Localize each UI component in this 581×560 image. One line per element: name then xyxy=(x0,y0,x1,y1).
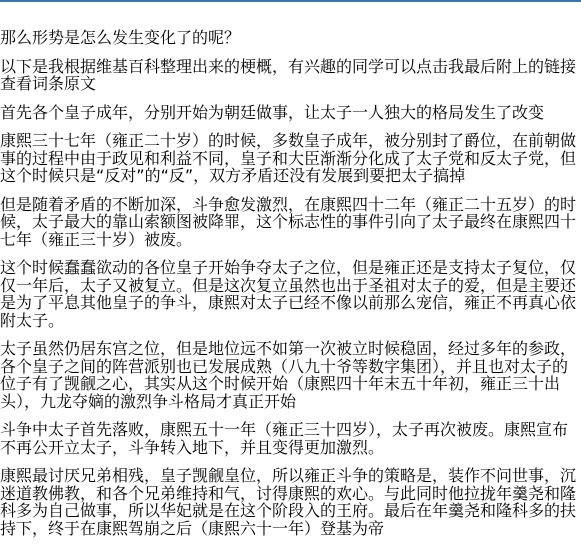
article-text-body: 那么形势是怎么发生变化了的呢？ 以下是我根据维基百科整理出来的梗概，有兴趣的同学… xyxy=(0,2,581,537)
paragraph-nine-princes-struggle-begins: 太子虽然仍居东宫之位，但是地位远不如第一次被立时候稳固，经过多年的参政，各个皇子… xyxy=(0,340,581,410)
paragraph-kangxi-42-crown-prince-deposed: 但是随着矛盾的不断加深，斗争愈发激烈，在康熙四十二年（雍正二十五岁）的时候，太子… xyxy=(0,196,581,249)
paragraph-wiki-summary-intro: 以下是我根据维基百科整理出来的梗概，有兴趣的同学可以点击我最后附上的链接查看词条… xyxy=(0,58,581,93)
paragraph-crown-prince-restored: 这个时候蠢蠢欲动的各位皇子开始争夺太子之位，但是雍正还是支持太子复位，仅仅一年后… xyxy=(0,259,581,329)
paragraph-question-lede: 那么形势是怎么发生变化了的呢？ xyxy=(0,29,581,47)
paragraph-princes-come-of-age: 首先各个皇子成年，分别开始为朝廷做事，让太子一人独大的格局发生了改变 xyxy=(0,104,581,122)
paragraph-kangxi-37-factions: 康熙三十七年（雍正二十岁）的时候，多数皇子成年，被分别封了爵位，在前朝做事的过程… xyxy=(0,132,581,185)
paragraph-yongzheng-strategy-ascension: 康熙最讨厌兄弟相残，皇子觊觎皇位，所以雍正斗争的策略是，装作不问世事，沉迷道教佛… xyxy=(0,467,581,537)
paragraph-kangxi-51-second-deposition: 斗争中太子首先落败，康熙五十一年（雍正三十四岁），太子再次被废。康熙宣布不再公开… xyxy=(0,421,581,456)
